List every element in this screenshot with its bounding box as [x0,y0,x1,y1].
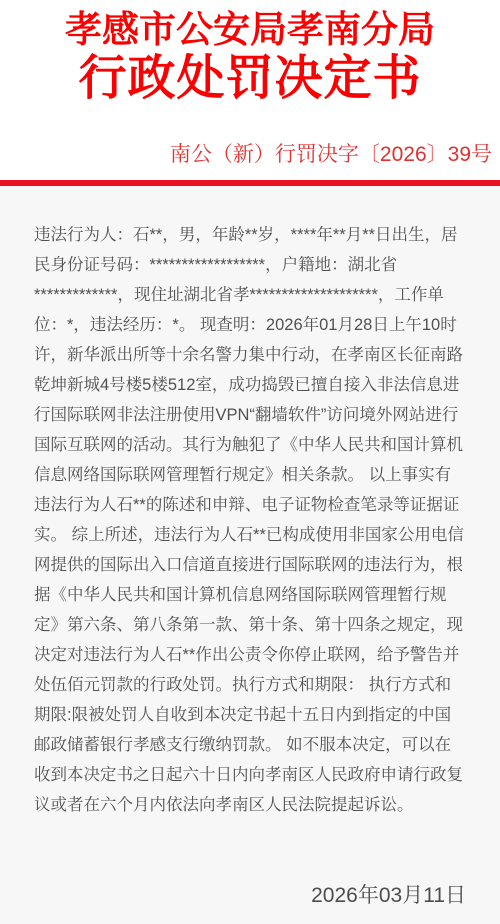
decision-body-text: 违法行为人：石**，男，年龄**岁，****年**月**日出生，居民身份证号码：… [34,220,466,820]
document-body: 违法行为人：石**，男，年龄**岁，****年**月**日出生，居民身份证号码：… [0,186,500,924]
document-header: 孝感市公安局孝南分局 行政处罚决定书 南公（新）行罚决字〔2026〕39号 [0,0,500,168]
document-number: 南公（新）行罚决字〔2026〕39号 [0,142,500,168]
penalty-decision-document: 孝感市公安局孝南分局 行政处罚决定书 南公（新）行罚决字〔2026〕39号 违法… [0,0,500,924]
issuing-authority-title: 孝感市公安局孝南分局 [0,8,500,52]
decision-date: 2026年03月11日 [34,882,466,912]
document-title: 行政处罚决定书 [0,52,500,106]
